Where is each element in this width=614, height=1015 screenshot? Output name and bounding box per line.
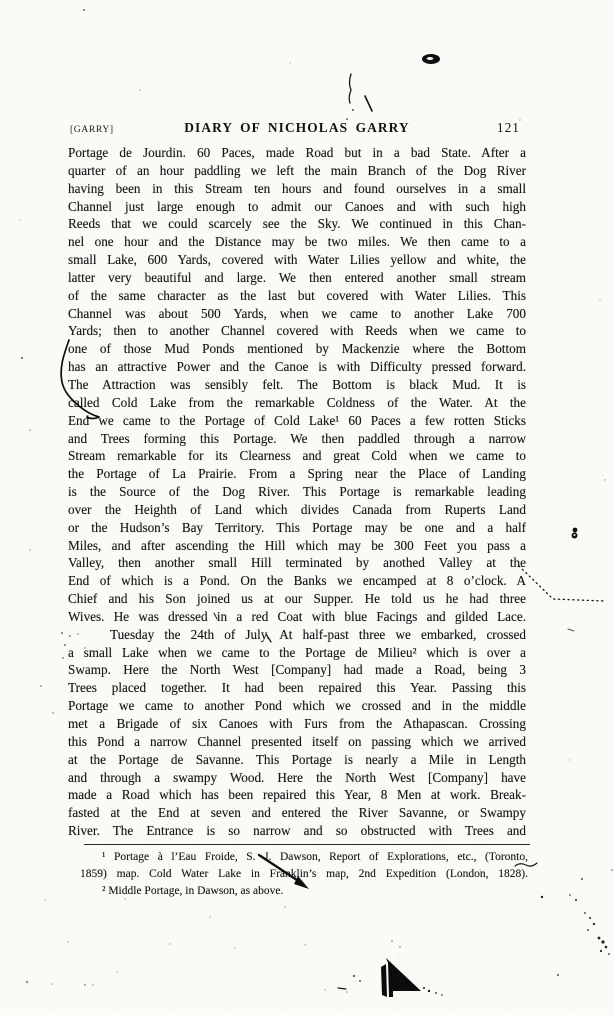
footnotes: ¹ Portage à l’Eau Froide, S. J. Dawson, … [80,849,528,899]
body-line: quarter of an hour paddling we left the … [68,162,526,180]
footnote-line: ¹ Portage à l’Eau Froide, S. J. Dawson, … [80,849,528,866]
body-line: River. The Entrance is so narrow and so … [68,822,526,840]
book-page: [GARRY] DIARY OF NICHOLAS GARRY 121 Port… [0,0,614,1015]
ink-blob [422,54,440,64]
body-line: End of which is a Pond. On the Banks we … [68,572,526,590]
running-head: [GARRY] DIARY OF NICHOLAS GARRY 121 [68,120,526,138]
body-line: called Cold Lake from the remarkable Col… [68,394,526,412]
body-line: of the same character as the last but co… [68,287,526,305]
footnote-line: 1859) map. Cold Water Lake in Franklin’s… [80,866,528,883]
footnote-divider [84,844,530,845]
body-line: or the Hudson’s Bay Territory. This Port… [68,519,526,537]
page-number: 121 [497,120,520,136]
page-title: DIARY OF NICHOLAS GARRY [68,120,526,136]
body-line: Reeds that we could scarcely see the Sky… [68,215,526,233]
body-line: Tuesday the 24th of July. At half-past t… [68,626,526,644]
body-line: and Trees forming this Portage. We then … [68,430,526,448]
body-line: Chief and his Son joined us at our Suppe… [68,590,526,608]
body-line: End we came to the Portage of Cold Lake¹… [68,412,526,430]
body-line: Wives. He was dressed in a red Coat with… [68,608,526,626]
body-line: Portage de Jourdin. 60 Paces, made Road … [68,144,526,162]
body-line: small Lake, 600 Yards, covered with Wate… [68,251,526,269]
footnote-line: ² Middle Portage, in Dawson, as above. [80,883,528,900]
body-line: is the Source of the Dog River. This Por… [68,483,526,501]
body-line: latter very beautiful and large. We then… [68,269,526,287]
body-line: nel one hour and the Distance may be two… [68,233,526,251]
body-line: Swamp. Here the North West [Company] had… [68,661,526,679]
body-line: Stream remarkable for its Clearness and … [68,447,526,465]
body-line: fasted at the End at seven and entered t… [68,804,526,822]
body-line: the Portage of La Prairie. From a Spring… [68,465,526,483]
body-line: a small Lake when we came to the Portage… [68,644,526,662]
body-line: Miles, and after ascending the Hill whic… [68,537,526,555]
ink-scratch-top [83,9,372,120]
body-line: over the Heighth of Land which divides C… [68,501,526,519]
body-line: and through a swampy Wood. Here the Nort… [68,769,526,787]
dotted-scratch [519,528,604,631]
edge-speckles [541,869,613,976]
body-line: Channel just large enough to admit our C… [68,198,526,216]
body-line: this Pond a narrow Channel presented its… [68,733,526,751]
body-line: Yards; then to another Channel covered w… [68,322,526,340]
bottom-ink-flag [338,940,443,997]
body-line: having been in this Stream ten hours and… [68,180,526,198]
body-line: has an attractive Power and the Canoe is… [68,358,526,376]
body-line: Portage we came to another Pond which we… [68,697,526,715]
body-line: Channel was about 500 Yards, when we cam… [68,305,526,323]
body-line: The Attraction was sensibly felt. The Bo… [68,376,526,394]
body-line: at the Portage de Savanne. This Portage … [68,751,526,769]
body-line: Trees placed together. It had been repai… [68,679,526,697]
body-text: Portage de Jourdin. 60 Paces, made Road … [68,144,526,840]
body-line: one of those Mud Ponds mentioned by Mack… [68,340,526,358]
body-line: Valley, then another small Hill terminat… [68,554,526,572]
body-line: met a Brigade of six Canoes with Furs fr… [68,715,526,733]
body-line: made a Road which has been repaired this… [68,786,526,804]
